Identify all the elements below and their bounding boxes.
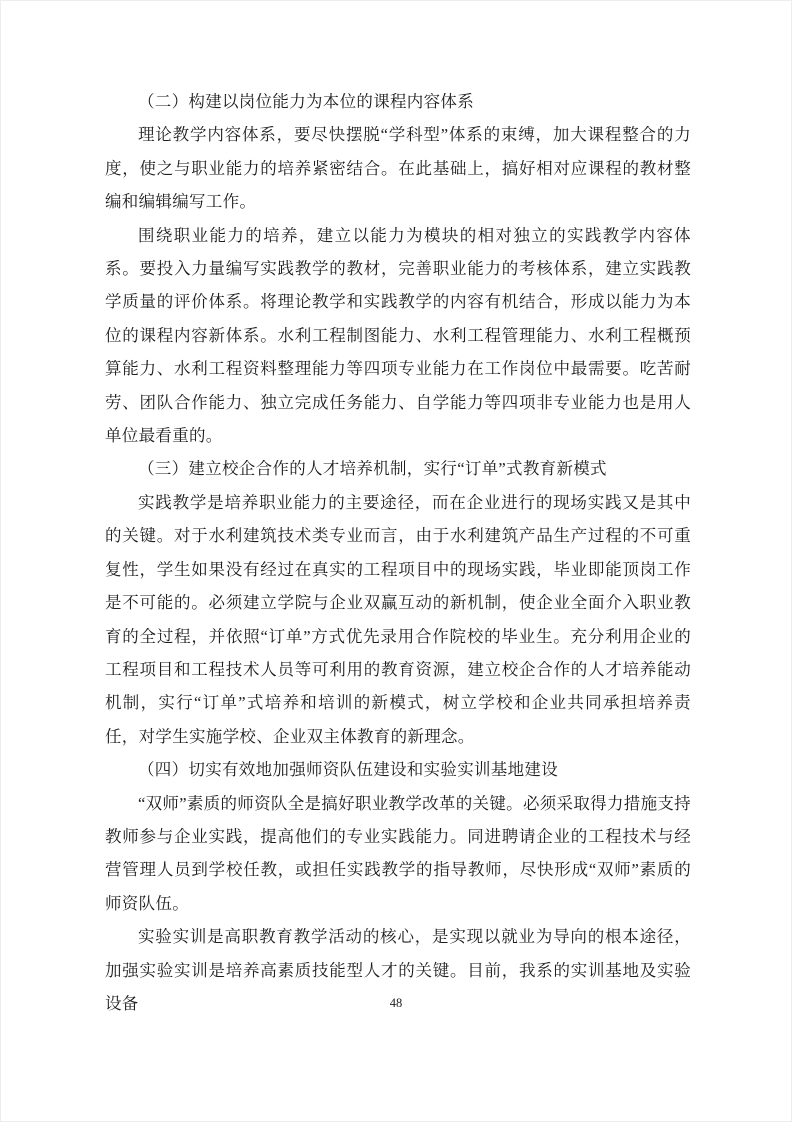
page-number: 48 <box>1 996 791 1011</box>
section-heading-faculty-and-training-base: （四）切实有效地加强师资队伍建设和实验实训基地建设 <box>105 753 691 786</box>
section-heading-school-enterprise-cooperation: （三）建立校企合作的人才培养机制，实行“订单”式教育新模式 <box>105 452 691 485</box>
paragraph-order-mode-education: 实践教学是培养职业能力的主要途径，而在企业进行的现场实践又是其中的关键。对于水利… <box>105 486 691 753</box>
paragraph-practice-teaching-system: 围绕职业能力的培养，建立以能力为模块的相对独立的实践教学内容体系。要投入力量编写… <box>105 219 691 453</box>
section-heading-course-content-system: （二）构建以岗位能力为本位的课程内容体系 <box>105 85 691 118</box>
document-body: （二）构建以岗位能力为本位的课程内容体系 理论教学内容体系，要尽快摆脱“学科型”… <box>105 85 691 1020</box>
paragraph-theory-teaching-system: 理论教学内容体系，要尽快摆脱“学科型”体系的束缚，加大课程整合的力度，使之与职业… <box>105 118 691 218</box>
document-page: （二）构建以岗位能力为本位的课程内容体系 理论教学内容体系，要尽快摆脱“学科型”… <box>0 0 792 1122</box>
paragraph-double-qualified-teachers: “双师”素质的师资队全是搞好职业教学改革的关键。必须采取得力措施支持教师参与企业… <box>105 787 691 921</box>
